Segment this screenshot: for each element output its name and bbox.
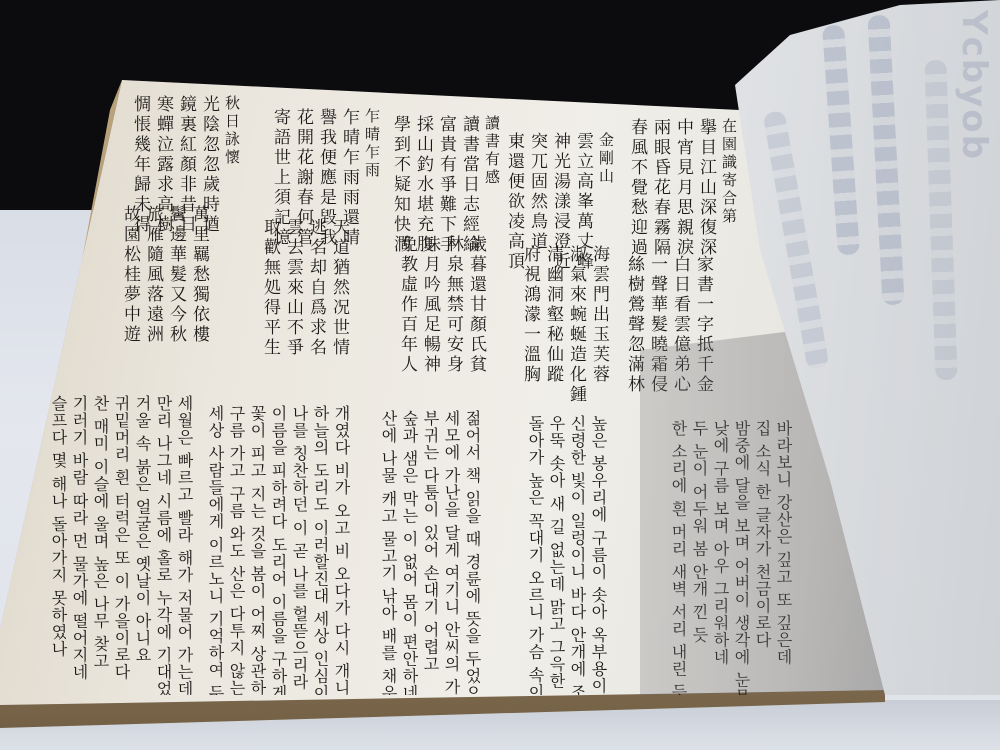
poem-title: 乍晴乍雨 — [360, 108, 383, 248]
hangul-translation-4: 개였다 비가 오고 비 오다가 다시 개니 하늘의 도리도 이러할진대 세상 인… — [205, 405, 352, 695]
hangul-translation-2: 높은 봉우리에 구름이 솟아 옥부용이 피어나고 신령한 빛이 일렁이니 바다 … — [525, 415, 609, 695]
hanja-poem-1: 在園識寄合第 擧目江山深復深 中宵見月思親淚 兩眼昏花春霧隔 春風不覺愁迎過 — [625, 118, 740, 258]
poem-title: 在園識寄合第 — [717, 118, 740, 258]
poem-title: 秋日詠懷 — [220, 95, 243, 235]
watermark-text: Ycbyob — [954, 10, 994, 161]
hanja-poem-4-couplet: 天道猶然况世情 逃名却自爲求名 雲去雲來山不爭 取歡無処得平生 — [258, 218, 350, 358]
hanja-poem-3-couplet: 歲暮還甘顏氏貧 林泉無禁可安身 味月吟風足暢神 免教虛作百年人 — [395, 235, 487, 375]
hanja-poem-5-couplet: 萬里羈愁獨依樓 鬢邊華髮又今秋 旅雁隨風落遠洲 故園松桂夢中遊 — [118, 205, 210, 345]
poem-title: 讀書有感 — [480, 115, 503, 255]
hanja-poem-3: 讀書有感 讀書當日志經綸 富貴有爭難下手 採山釣水堪充腹 學到不疑知快澗 — [388, 115, 503, 255]
hangul-translation-5: 세월은 빠르고 빨라 해가 저물어 가는데 만리 나그네 시름에 홀로 누각에 … — [48, 395, 195, 695]
hanja-poem-2-couplet: 海雲門出玉芙蓉 淑氣來蜿蜒造化鍾 清幽洞壑秘仙蹤 府視鴻濛一溫胸 — [518, 245, 610, 405]
hangul-translation-3: 젊어서 책 읽을 때 경륜에 뜻을 두었으나 세모에 가난을 달게 여기니 안씨… — [378, 410, 483, 695]
